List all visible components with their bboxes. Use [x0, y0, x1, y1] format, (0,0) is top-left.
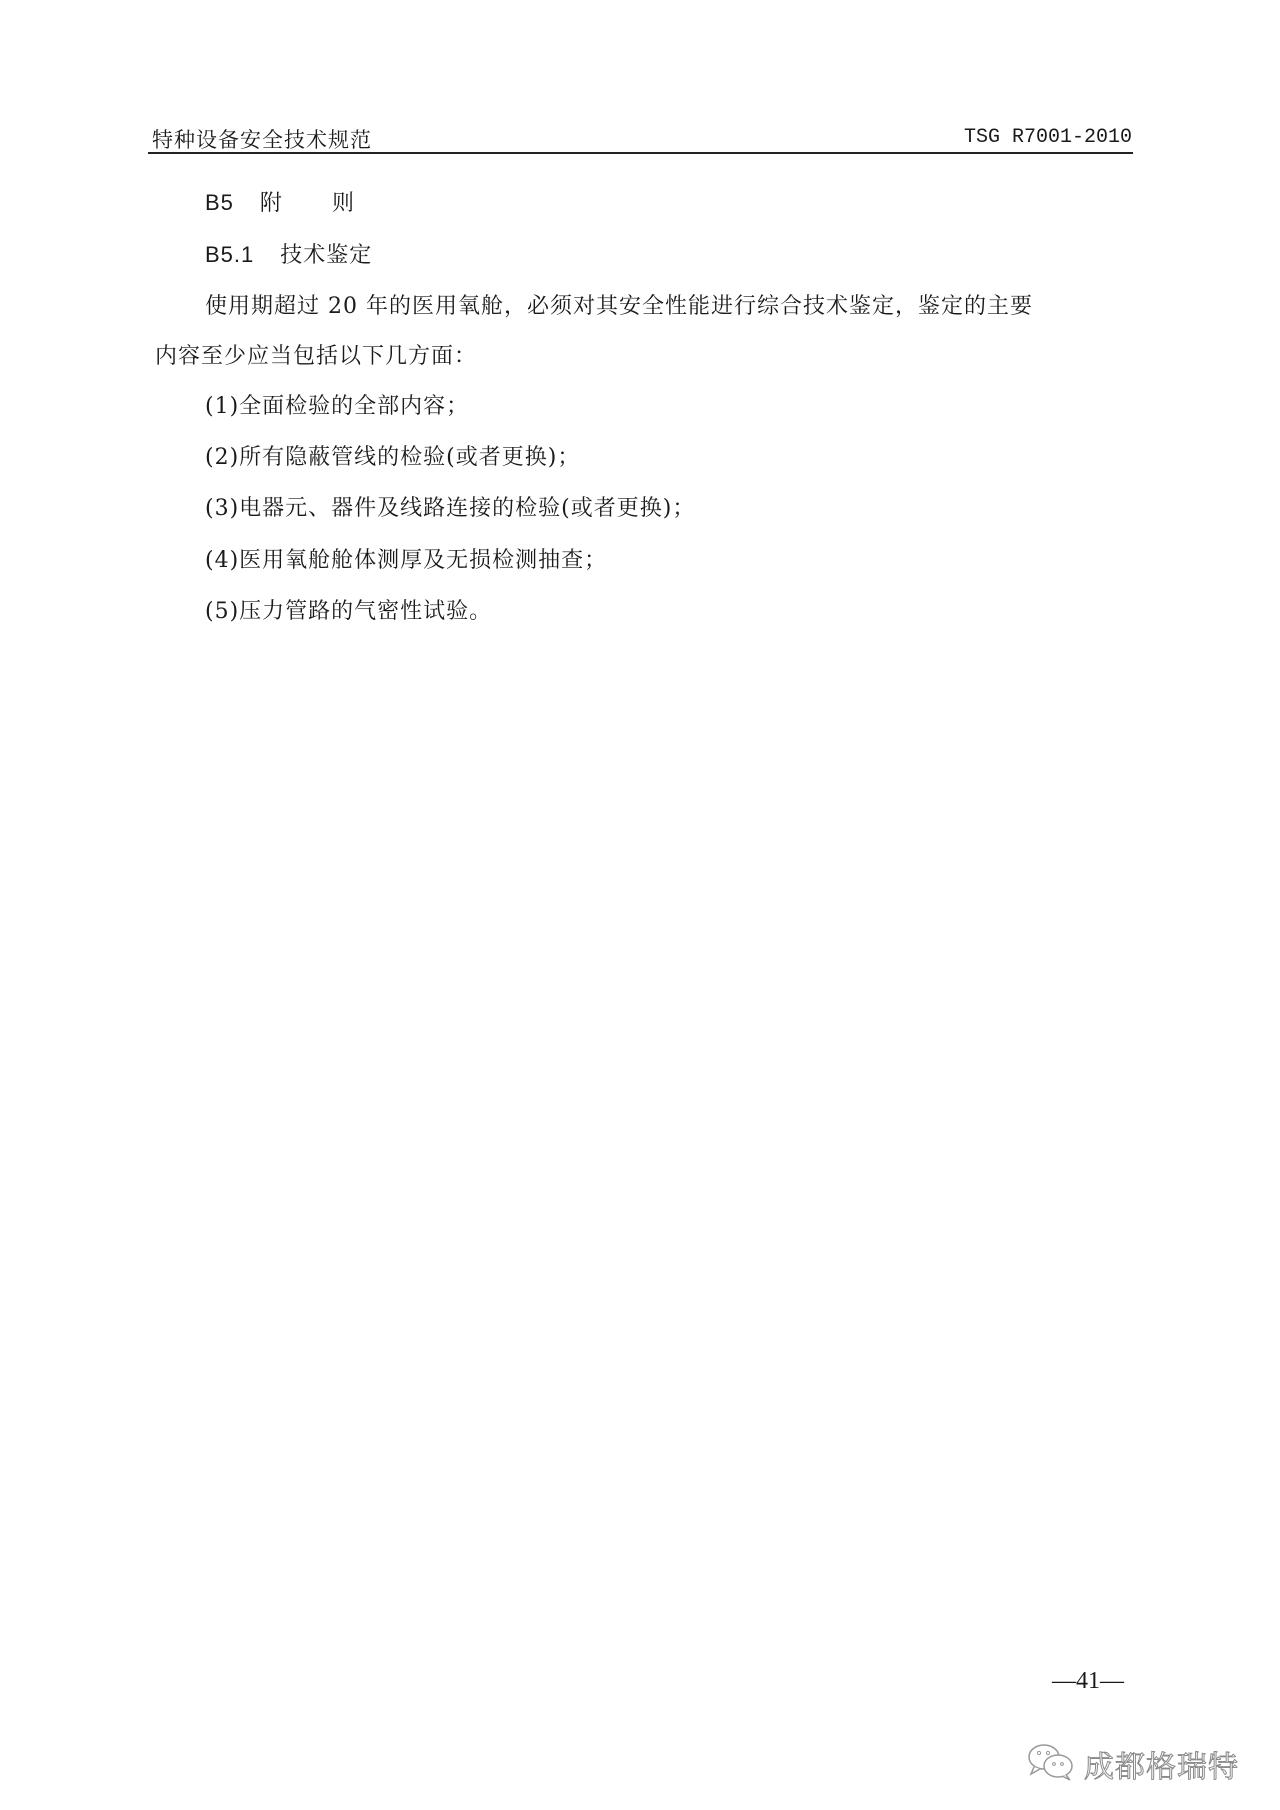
list-item: (5)压力管路的气密性试验。 [205, 594, 492, 625]
section-number: B5 [205, 190, 234, 216]
list-item: (1)全面检验的全部内容； [205, 389, 469, 420]
section-title: 附 则 [260, 190, 376, 215]
wechat-icon [1026, 1742, 1078, 1786]
header-divider [148, 152, 1133, 154]
header-code: TSG R7001-2010 [964, 126, 1132, 149]
page-number: —41— [1052, 1668, 1124, 1695]
subsection-heading: B5.1技术鉴定 [205, 238, 372, 269]
paragraph-line-1: 使用期超过 20 年的医用氧舱，必须对其安全性能进行综合技术鉴定，鉴定的主要 [205, 289, 1033, 320]
list-item: (3)电器元、器件及线路连接的检验(或者更换)； [205, 491, 695, 522]
paragraph-line-2: 内容至少应当包括以下几方面： [155, 339, 477, 370]
watermark-text: 成都格瑞特 [1084, 1742, 1239, 1786]
subsection-title: 技术鉴定 [280, 242, 372, 267]
header-title: 特种设备安全技术规范 [152, 124, 372, 154]
subsection-number: B5.1 [205, 242, 254, 268]
list-item: (2)所有隐蔽管线的检验(或者更换)； [205, 440, 580, 471]
list-item: (4)医用氧舱舱体测厚及无损检测抽查； [205, 543, 607, 574]
watermark: 成都格瑞特 [1026, 1742, 1239, 1786]
section-heading: B5附 则 [205, 186, 376, 217]
